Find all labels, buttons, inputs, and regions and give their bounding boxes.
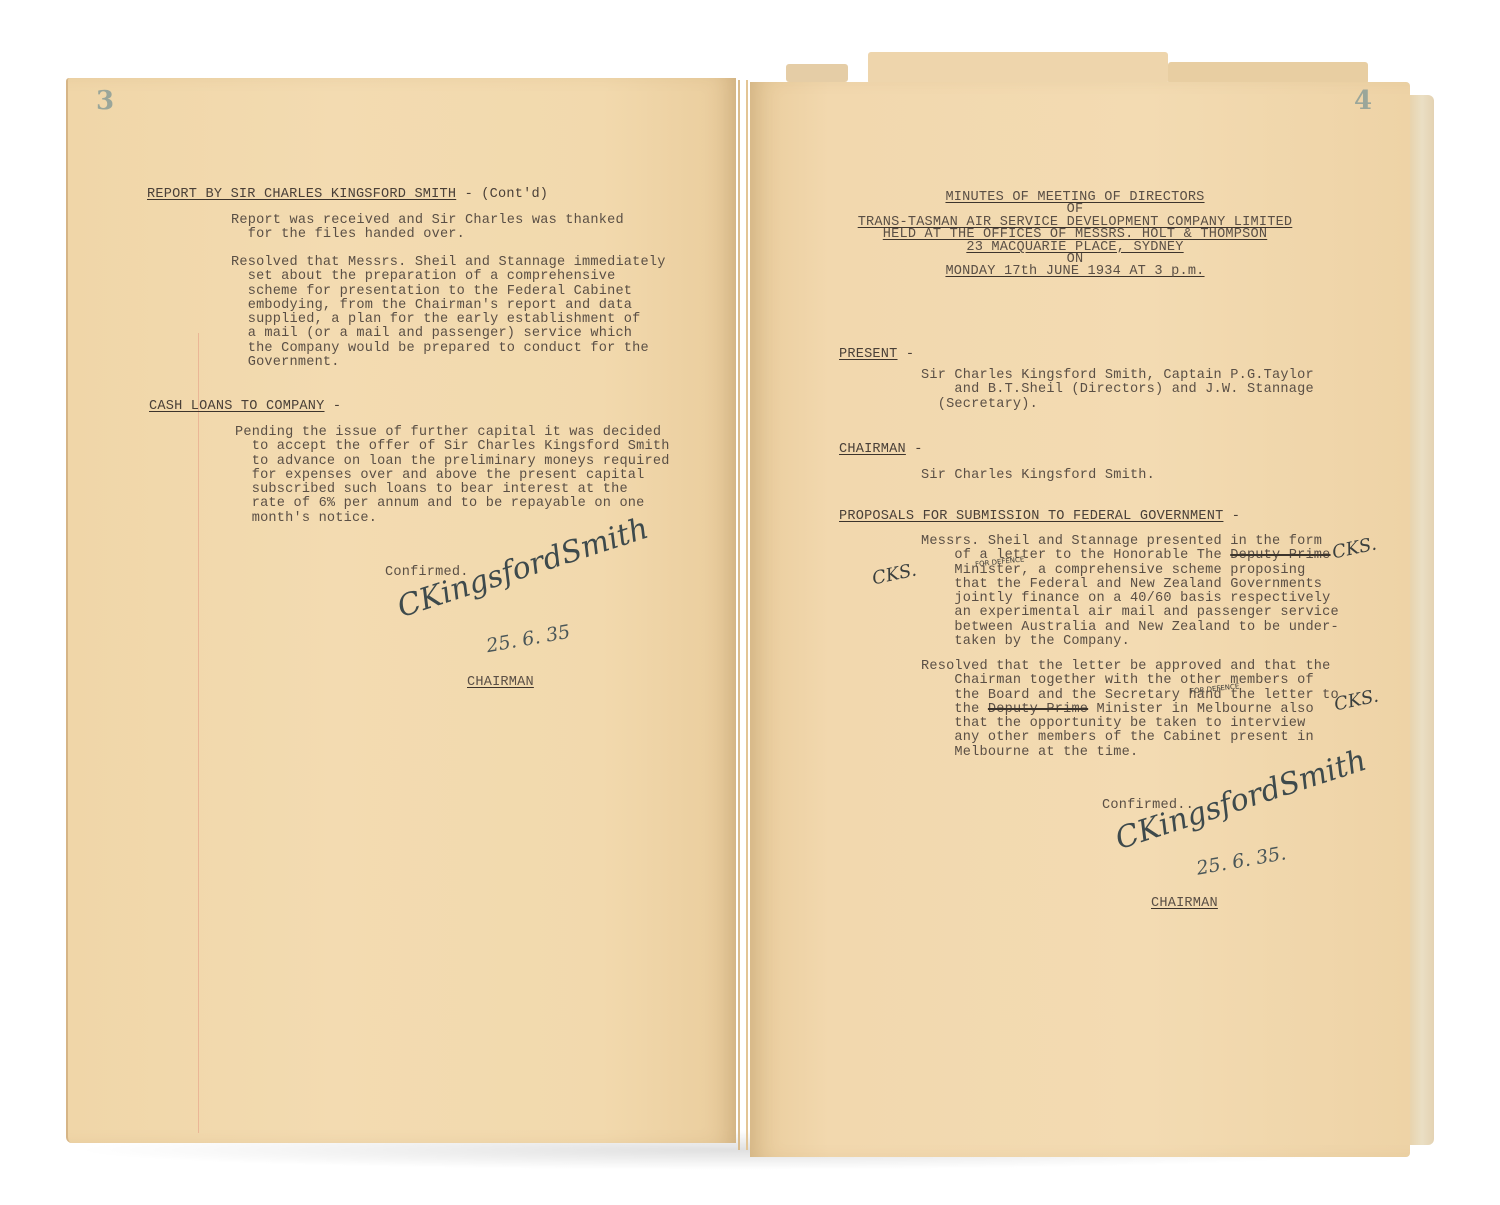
page-edges <box>1410 95 1434 1145</box>
margin-initials: CKS. <box>870 560 918 590</box>
chairman-name: Sir Charles Kingsford Smith. <box>921 469 1155 483</box>
margin-initials: CKS. <box>1332 686 1380 716</box>
section-heading: CASH LOANS TO COMPANY - <box>149 400 341 414</box>
margin-rule <box>198 333 199 1133</box>
right-page: 4 MINUTES OF MEETING OF DIRECTORSOFTRANS… <box>750 82 1410 1157</box>
paragraph: Resolved that Messrs. Sheil and Stannage… <box>231 256 666 370</box>
left-page: 3 REPORT BY SIR CHARLES KINGSFORD SMITH … <box>66 78 736 1143</box>
title-line: MONDAY 17th JUNE 1934 AT 3 p.m. <box>850 266 1300 278</box>
open-minute-book: 3 REPORT BY SIR CHARLES KINGSFORD SMITH … <box>0 0 1500 1205</box>
torn-tab <box>1168 62 1368 84</box>
paragraph: Report was received and Sir Charles was … <box>231 214 624 243</box>
proposal-paragraph: Messrs. Sheil and Stannage presented in … <box>921 535 1339 649</box>
chairman-label: CHAIRMAN <box>467 676 534 690</box>
spine <box>738 80 740 1150</box>
section-heading: PROPOSALS FOR SUBMISSION TO FEDERAL GOVE… <box>839 510 1240 524</box>
signature-date: 25. 6. 35 <box>485 621 572 657</box>
section-heading: CHAIRMAN - <box>839 443 923 457</box>
section-heading: REPORT BY SIR CHARLES KINGSFORD SMITH - … <box>147 188 548 202</box>
section-heading: PRESENT - <box>839 348 914 362</box>
torn-tab <box>786 64 848 82</box>
resolution-paragraph: Resolved that the letter be approved and… <box>921 660 1339 760</box>
paragraph: Pending the issue of further capital it … <box>235 426 670 526</box>
spine <box>746 80 748 1150</box>
attendees: Sir Charles Kingsford Smith, Captain P.G… <box>921 369 1314 412</box>
torn-tab <box>868 52 1168 84</box>
minutes-title: MINUTES OF MEETING OF DIRECTORSOFTRANS-T… <box>850 192 1300 279</box>
page-number: 3 <box>96 86 114 116</box>
signature-date: 25. 6. 35. <box>1195 842 1288 879</box>
chairman-label: CHAIRMAN <box>1151 897 1218 911</box>
page-number: 4 <box>1354 86 1372 116</box>
